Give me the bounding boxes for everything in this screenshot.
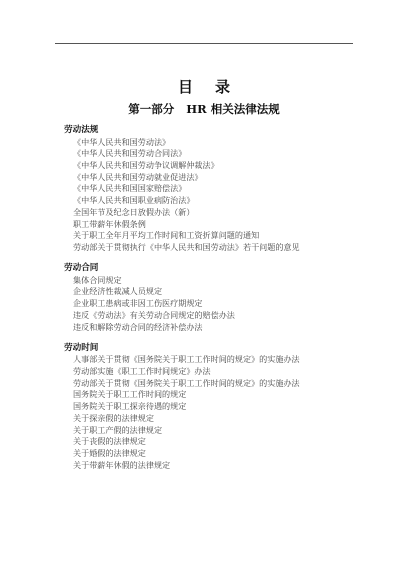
toc-entry[interactable]: 违反《劳动法》有关劳动合同规定的赔偿办法 [64, 310, 384, 322]
toc-entry[interactable]: 关于职工全年月平均工作时间和工资折算问题的通知 [64, 230, 384, 242]
toc-entry[interactable]: 关于婚假的法律规定 [64, 448, 384, 460]
toc-entry[interactable]: 关于职工产假的法律规定 [64, 425, 384, 437]
toc-entry[interactable]: 劳动部关于贯彻执行《中华人民共和国劳动法》若干问题的意见 [64, 242, 384, 254]
toc-entry[interactable]: 《中华人民共和国国家赔偿法》 [64, 183, 384, 195]
toc-entry[interactable]: 《中华人民共和国劳动争议调解仲裁法》 [64, 160, 384, 172]
section-heading: 劳动合同 [64, 263, 384, 275]
subtitle-part-name: HR 相关法律法规 [186, 102, 279, 116]
toc-entry[interactable]: 劳动部关于贯彻《国务院关于职工工作时间的规定》的实施办法 [64, 378, 384, 390]
toc-entry[interactable]: 职工带薪年休假条例 [64, 219, 384, 231]
toc-entry[interactable]: 企业经济性裁减人员规定 [64, 286, 384, 298]
toc-entry[interactable]: 集体合同规定 [64, 275, 384, 287]
toc-entry[interactable]: 人事部关于贯彻《国务院关于职工工作时间的规定》的实施办法 [64, 354, 384, 366]
toc-section-working-hours: 劳动时间 人事部关于贯彻《国务院关于职工工作时间的规定》的实施办法 劳动部实施《… [64, 343, 384, 472]
toc-section-labor-laws: 劳动法规 《中华人民共和国劳动法》 《中华人民共和国劳动合同法》 《中华人民共和… [64, 125, 384, 254]
page-title: 目录 [0, 76, 408, 97]
toc-entry[interactable]: 国务院关于职工探亲待遇的规定 [64, 401, 384, 413]
table-of-contents: 劳动法规 《中华人民共和国劳动法》 《中华人民共和国劳动合同法》 《中华人民共和… [64, 125, 384, 481]
toc-entry[interactable]: 《中华人民共和国劳动合同法》 [64, 148, 384, 160]
toc-section-labor-contracts: 劳动合同 集体合同规定 企业经济性裁减人员规定 企业职工患病或非因工伤医疗期规定… [64, 263, 384, 333]
title-part-2: 录 [215, 78, 230, 96]
toc-entry[interactable]: 关于丧假的法律规定 [64, 436, 384, 448]
toc-entry[interactable]: 劳动部实施《职工工作时间规定》办法 [64, 366, 384, 378]
section-heading: 劳动时间 [64, 343, 384, 355]
toc-entry[interactable]: 关于探亲假的法律规定 [64, 413, 384, 425]
section-heading: 劳动法规 [64, 125, 384, 137]
toc-entry[interactable]: 关于带薪年休假的法律规定 [64, 460, 384, 472]
title-part-1: 目 [178, 78, 193, 96]
header-rule [55, 43, 353, 44]
toc-entry[interactable]: 《中华人民共和国职业病防治法》 [64, 195, 384, 207]
toc-entry[interactable]: 全国年节及纪念日放假办法（新） [64, 207, 384, 219]
part-subtitle: 第一部分HR 相关法律法规 [0, 101, 408, 117]
toc-entry[interactable]: 企业职工患病或非因工伤医疗期规定 [64, 298, 384, 310]
subtitle-part-label: 第一部分 [128, 102, 174, 116]
toc-entry[interactable]: 违反和解除劳动合同的经济补偿办法 [64, 322, 384, 334]
toc-entry[interactable]: 《中华人民共和国劳动就业促进法》 [64, 172, 384, 184]
toc-entry[interactable]: 国务院关于职工工作时间的规定 [64, 389, 384, 401]
toc-entry[interactable]: 《中华人民共和国劳动法》 [64, 137, 384, 149]
